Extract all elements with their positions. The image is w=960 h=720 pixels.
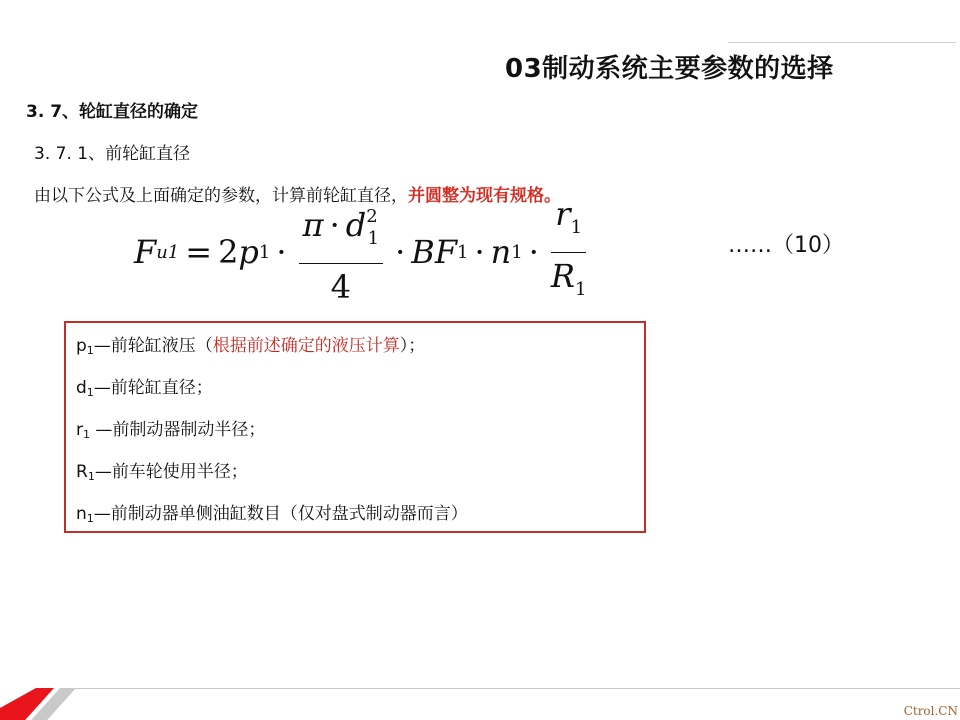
fraction-denominator: 4 — [331, 264, 351, 310]
formula-coef: 2 — [218, 233, 238, 271]
formula-dot: · — [395, 233, 405, 271]
definition-symbol-sub: 1 — [87, 344, 94, 357]
formula-pi: π — [303, 206, 324, 244]
watermark: Ctrol.CN — [904, 704, 958, 718]
definition-item: d1—前轮缸直径； — [76, 373, 213, 399]
definition-symbol-sub: 1 — [88, 470, 95, 483]
definition-text: —前轮缸液压（ — [94, 336, 213, 356]
formula-dot: · — [529, 233, 539, 271]
definition-text: —前轮缸直径； — [94, 378, 213, 398]
definition-symbol-sub: 1 — [87, 512, 94, 525]
fraction-numerator: r1 — [551, 192, 586, 253]
formula-r: r — [555, 195, 570, 233]
definition-symbol: R — [76, 462, 88, 482]
fraction-denominator: R1 — [551, 253, 587, 313]
intro-emphasis: 并圆整为现有规格。 — [408, 186, 561, 206]
fraction-numerator: π·d21 — [299, 195, 384, 264]
definition-tail: ）； — [400, 336, 426, 356]
formula-bf: BF — [411, 233, 457, 271]
formula-dot: · — [330, 206, 340, 244]
definition-symbol: p — [76, 336, 87, 356]
slide-title: 03制动系统主要参数的选择 — [505, 48, 834, 85]
definition-item: p1—前轮缸液压（根据前述确定的液压计算）； — [76, 331, 425, 357]
definition-note: 根据前述确定的液压计算 — [213, 336, 400, 356]
formula-r-sub: 1 — [571, 217, 582, 238]
formula-p: p — [238, 233, 258, 271]
sub-heading: 3. 7. 1、前轮缸直径 — [34, 139, 190, 164]
formula-R-sub: 1 — [575, 279, 586, 300]
formula-d-sup: 2 — [366, 206, 377, 227]
equation-number: ……（10） — [728, 228, 844, 259]
formula-n: n — [491, 233, 512, 271]
formula-p-sub: 1 — [259, 242, 270, 263]
definition-item: n1—前制动器单侧油缸数目（仅对盘式制动器而言） — [76, 499, 468, 525]
formula-d-sub: 1 — [368, 228, 379, 249]
definition-symbol: n — [76, 504, 87, 524]
definition-item: R1—前车轮使用半径； — [76, 457, 248, 483]
definition-text: —前车轮使用半径； — [95, 462, 248, 482]
formula-area-fraction: π·d21 4 — [299, 195, 384, 310]
formula-dot: · — [276, 233, 286, 271]
footer-divider — [72, 688, 960, 689]
definition-item: r1 —前制动器制动半径； — [76, 415, 265, 441]
definition-symbol: r — [76, 420, 83, 440]
formula-lhs-sub: u1 — [156, 242, 179, 263]
formula-R: R — [551, 257, 575, 295]
formula-bf-sub: 1 — [457, 242, 468, 263]
header-divider — [728, 42, 956, 43]
definition-text: —前制动器单侧油缸数目（仅对盘式制动器而言） — [94, 504, 468, 524]
definition-symbol-sub: 1 — [87, 386, 94, 399]
formula-equals: = — [185, 233, 212, 271]
formula-radius-fraction: r1 R1 — [551, 192, 587, 313]
definition-text: —前制动器制动半径； — [90, 420, 265, 440]
definition-symbol-sub: 1 — [83, 428, 90, 441]
formula-n-sub: 1 — [511, 242, 522, 263]
formula-d: d — [346, 206, 366, 244]
brake-force-formula: Fu1 = 2p1 · π·d21 4 · BF1 · n1 · r1 R1 — [134, 204, 592, 300]
section-heading: 3. 7、轮缸直径的确定 — [26, 97, 198, 122]
intro-paragraph: 由以下公式及上面确定的参数，计算前轮缸直径，并圆整为现有规格。 — [34, 181, 561, 206]
definition-symbol: d — [76, 378, 87, 398]
definitions-box: p1—前轮缸液压（根据前述确定的液压计算）； d1—前轮缸直径； r1 —前制动… — [64, 321, 646, 533]
formula-dot: · — [474, 233, 484, 271]
formula-lhs: F — [134, 233, 156, 271]
